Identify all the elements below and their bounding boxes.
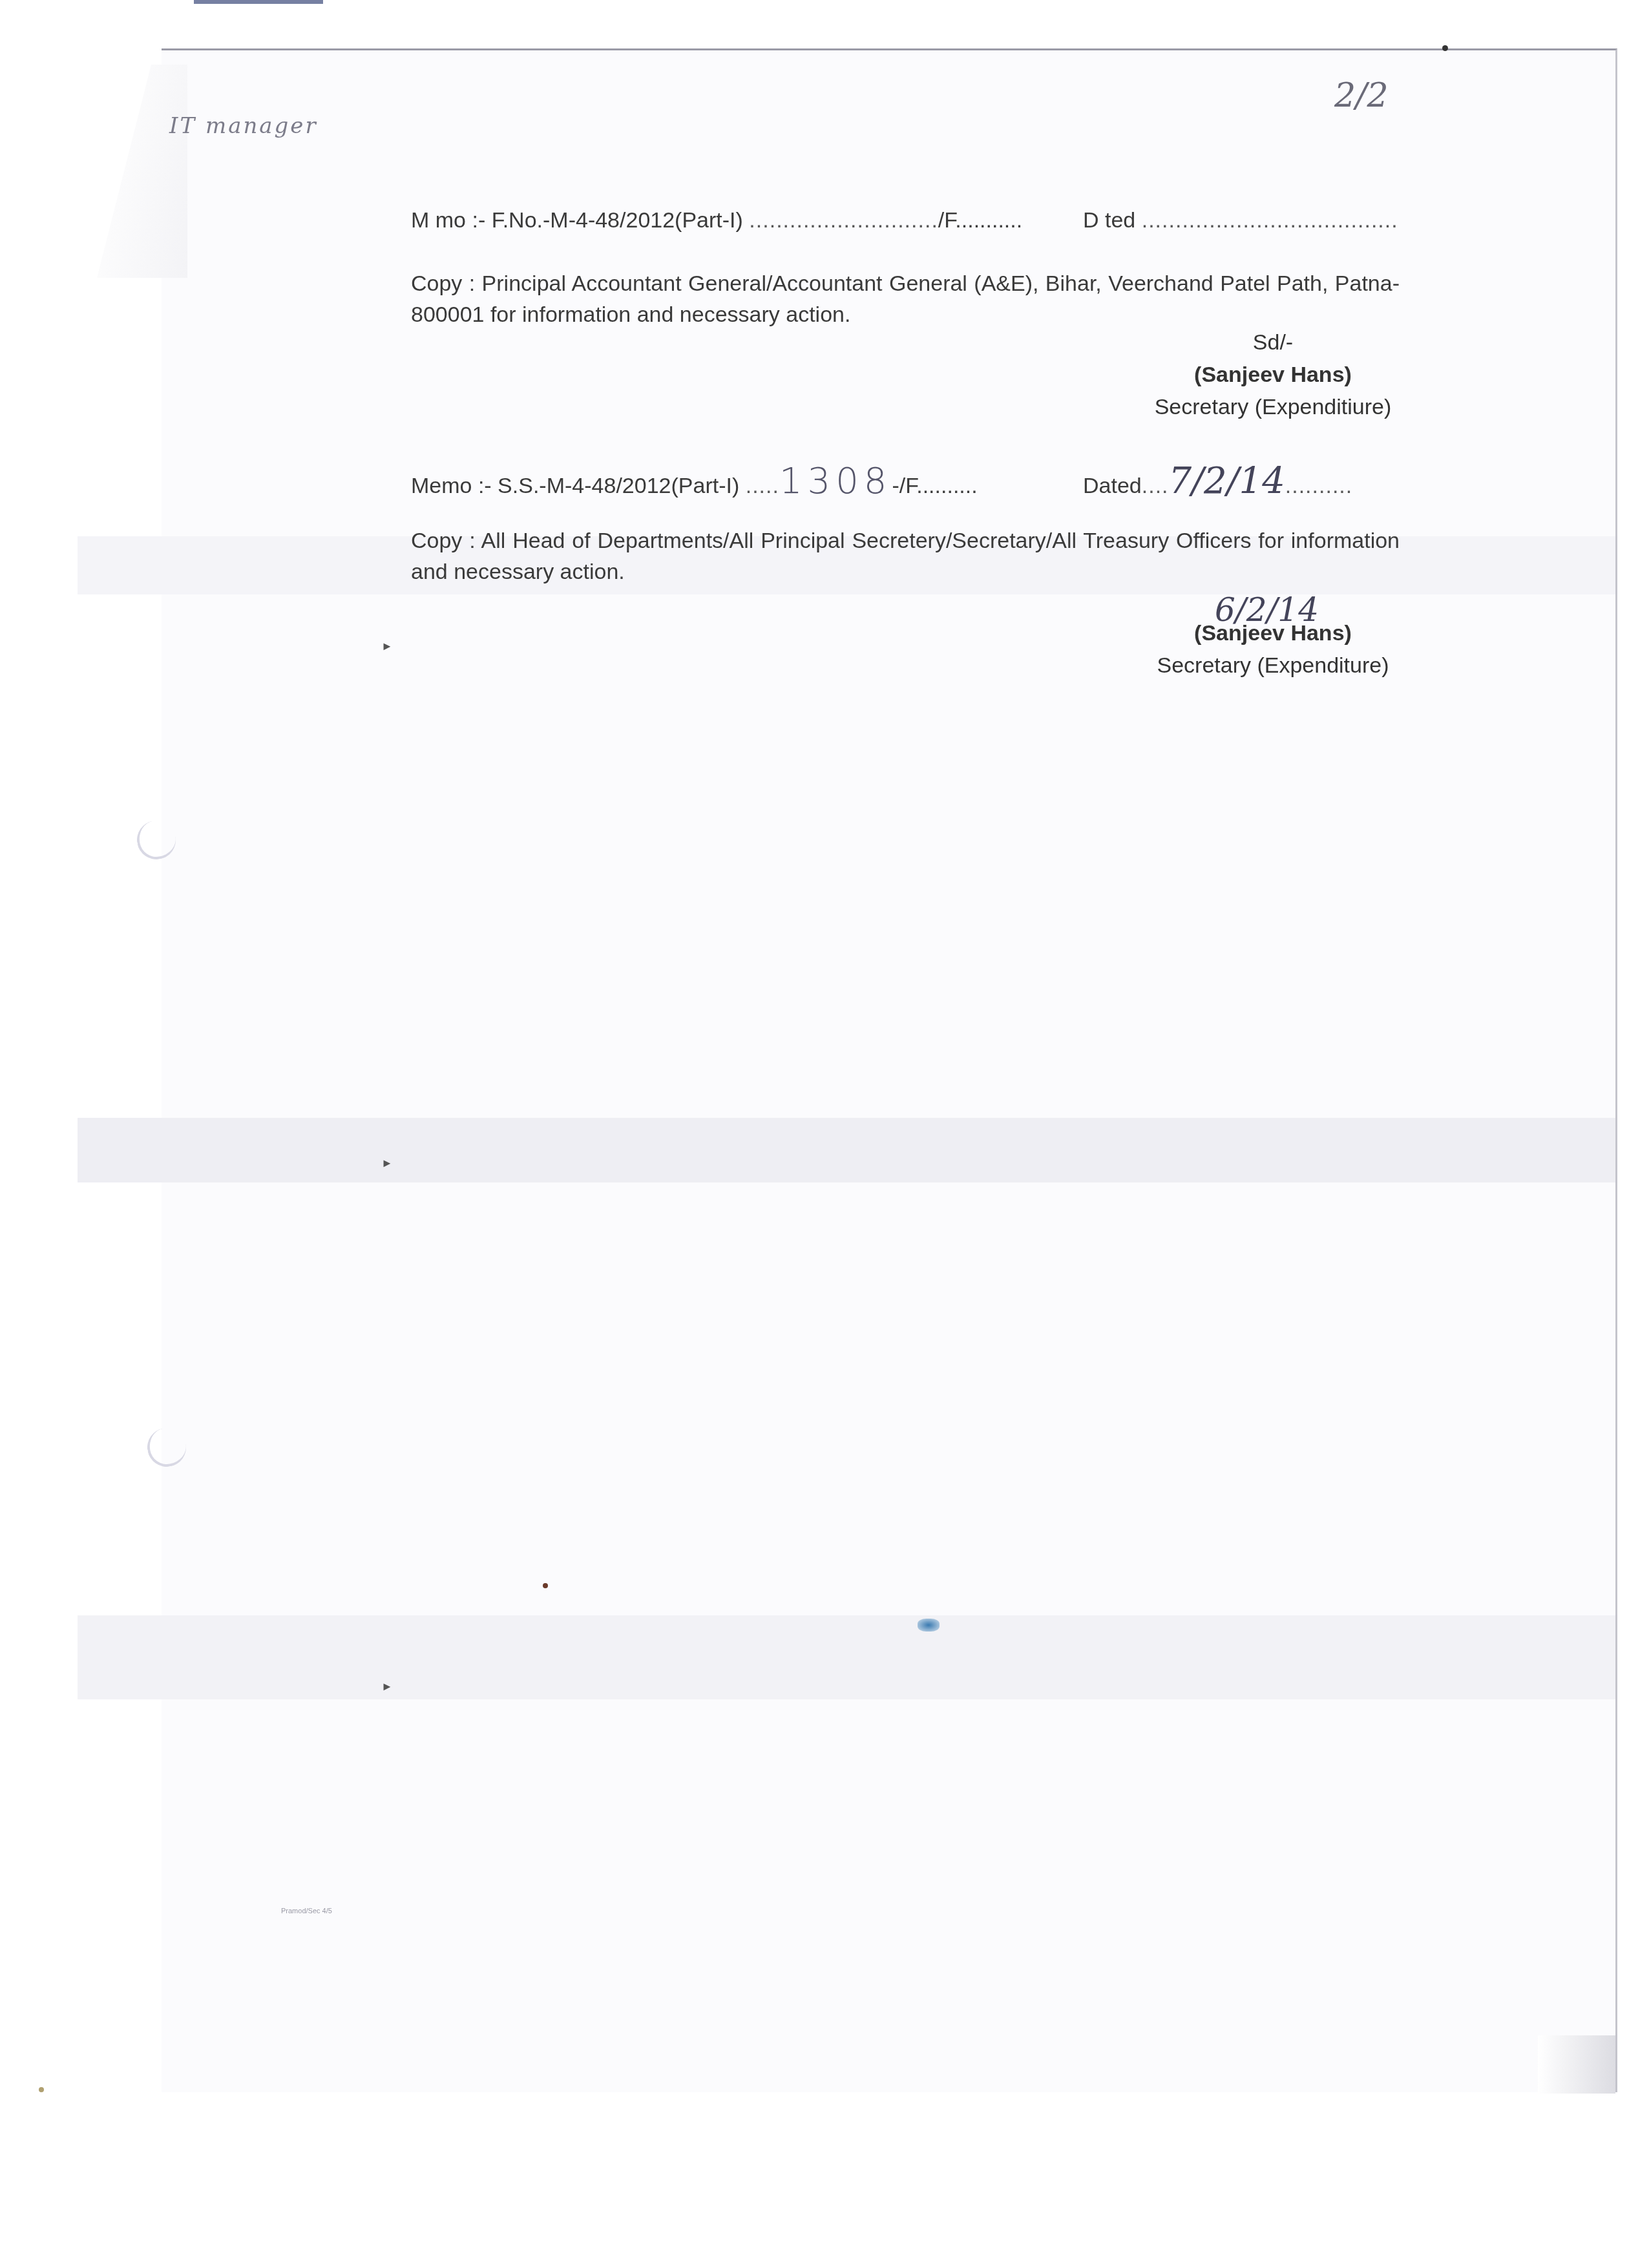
memo1-copy-paragraph: Copy : Principal Accountant General/Acco… — [411, 268, 1400, 330]
memo2-handwritten-date: 7/2/14 — [1169, 460, 1285, 502]
memo2-date-line: Dated....7/2/14.......... — [1083, 460, 1352, 502]
memo1-date-line: D ted ..................................… — [1083, 208, 1398, 233]
memo2-reference-line: Memo :- S.S.-M-4-48/2012(Part-I) .....13… — [411, 460, 978, 502]
memo1-prefix: M mo :- F.No.-M-4-48/2012(Part-I) — [411, 208, 743, 233]
memo2-copy-paragraph: Copy : All Head of Departments/All Princ… — [411, 525, 1400, 587]
memo1-signatory-name: (Sanjeev Hans) — [1137, 359, 1409, 391]
memo1-dated-label: D ted — [1083, 208, 1135, 233]
scan-band — [78, 1118, 1615, 1182]
memo2-number-blank: ..... — [746, 474, 779, 498]
staple-mark — [1442, 45, 1448, 51]
speck — [39, 2087, 44, 2092]
memo1-number-blank: ............................ — [749, 208, 938, 233]
page-number: 2/2 — [1334, 76, 1389, 115]
handwritten-note: IT manager — [169, 113, 318, 139]
scan-mark: ► — [381, 640, 393, 653]
memo1-reference-line: M mo :- F.No.-M-4-48/2012(Part-I) ......… — [411, 208, 1022, 233]
memo2-dated-label: Dated — [1083, 474, 1142, 498]
ink-smudge — [918, 1619, 940, 1632]
scan-edge — [194, 0, 323, 4]
memo2-prefix: Memo :- S.S.-M-4-48/2012(Part-I) — [411, 474, 739, 498]
scan-shadow — [1538, 2035, 1615, 2094]
scan-mark: ► — [381, 1157, 393, 1170]
footer-reference: Pramod/Sec 4/5 — [281, 1907, 332, 1915]
memo1-signature-block: Sd/- (Sanjeev Hans) Secretary (Expenditi… — [1137, 326, 1409, 423]
memo1-date-blank: ...................................... — [1142, 208, 1398, 233]
memo1-sd: Sd/- — [1137, 326, 1409, 359]
scan-mark: ► — [381, 1680, 393, 1694]
memo2-date-blank: .... — [1142, 474, 1169, 498]
memo2-suffix: -/F.......... — [892, 474, 977, 498]
speck — [543, 1583, 548, 1588]
memo2-signatory-title: Secretary (Expenditure) — [1137, 649, 1409, 682]
memo2-signatory-name: (Sanjeev Hans) — [1137, 617, 1409, 649]
memo2-date-blank-end: .......... — [1285, 474, 1352, 498]
folded-corner — [97, 65, 187, 278]
memo1-signatory-title: Secretary (Expenditiure) — [1137, 391, 1409, 423]
memo2-handwritten-number: 1308 — [779, 460, 892, 502]
scan-band — [78, 1615, 1615, 1699]
memo1-suffix: /F........... — [938, 208, 1022, 233]
memo2-signature-block: (Sanjeev Hans) Secretary (Expenditure) — [1137, 617, 1409, 682]
